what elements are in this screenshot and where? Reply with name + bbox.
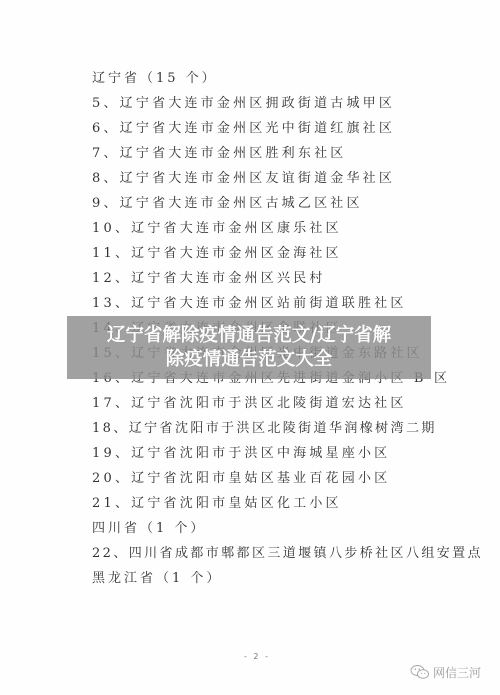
list-item: 11、辽宁省大连市金州区金海社区 [92, 241, 492, 266]
list-item: 7、辽宁省大连市金州区胜利东社区 [92, 141, 492, 166]
banner-title-line-2: 除疫情通告范文大全 [166, 348, 333, 372]
list-item: 9、辽宁省大连市金州区古城乙区社区 [92, 191, 492, 216]
list-item: 13、辽宁省大连市金州区站前街道联胜社区 [92, 291, 492, 316]
province-heading-liaoning: 辽宁省（15 个） [92, 66, 492, 91]
list-item: 12、辽宁省大连市金州区兴民村 [92, 266, 492, 291]
list-item: 18、辽宁省沈阳市于洪区北陵街道华润橡树湾二期 [92, 416, 492, 441]
list-item: 5、辽宁省大连市金州区拥政街道古城甲区 [92, 91, 492, 116]
list-item: 22、四川省成都市郫都区三道堰镇八步桥社区八组安置点 [92, 541, 492, 566]
list-item: 10、辽宁省大连市金州区康乐社区 [92, 216, 492, 241]
title-banner: 辽宁省解除疫情通告范文/辽宁省解 除疫情通告范文大全 [67, 316, 431, 379]
wechat-icon [410, 664, 430, 680]
province-heading-heilongjiang: 黑龙江省（1 个） [92, 566, 492, 591]
watermark-text: 网信三河 [433, 664, 481, 681]
page-number: - 2 - [244, 652, 270, 661]
list-item: 19、辽宁省沈阳市于洪区中海城星座小区 [92, 441, 492, 466]
watermark: 网信三河 [410, 663, 481, 681]
list-item: 6、辽宁省大连市金州区光中街道红旗社区 [92, 116, 492, 141]
list-item: 8、辽宁省大连市金州区友谊街道金华社区 [92, 166, 492, 191]
province-heading-sichuan: 四川省（1 个） [92, 516, 492, 541]
list-item: 21、辽宁省沈阳市皇姑区化工小区 [92, 491, 492, 516]
banner-title-line-1: 辽宁省解除疫情通告范文/辽宁省解 [107, 324, 391, 348]
list-item: 17、辽宁省沈阳市于洪区北陵街道宏达社区 [92, 391, 492, 416]
list-item: 20、辽宁省沈阳市皇姑区基业百花园小区 [92, 466, 492, 491]
